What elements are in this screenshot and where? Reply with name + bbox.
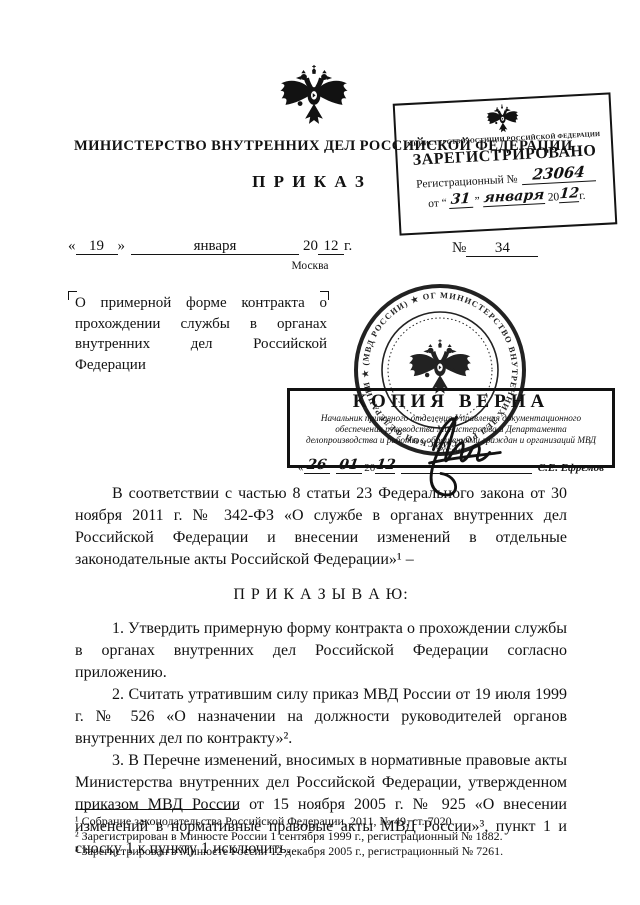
order-date-line: « 19 » января 20 12 г. xyxy=(68,238,352,255)
command-word: П Р И К А З Ы В А Ю: xyxy=(75,584,567,606)
reg-number-label: Регистрационный № xyxy=(416,173,518,190)
city-label: Москва xyxy=(250,260,370,272)
order-number: № 34 xyxy=(452,240,538,257)
footnotes: ¹ Собрание законодательства Российской Ф… xyxy=(75,814,585,859)
handwritten-signature xyxy=(398,400,528,505)
number-label: № xyxy=(452,240,466,257)
order-subject: О примерной форме контракта о прохождени… xyxy=(75,293,327,375)
order-body: В соответствии с частью 8 статьи 23 Феде… xyxy=(75,483,567,860)
stamp-date-from: от xyxy=(428,198,439,211)
state-emblem-eagle-icon xyxy=(276,56,352,136)
stamp-eagle-icon xyxy=(484,102,522,136)
signer-name: С.Е. Ефремов xyxy=(538,462,604,474)
date-open-quote: « xyxy=(68,238,76,255)
stamp-date-year: 12 xyxy=(559,186,580,201)
order-item-2: 2. Считать утратившим силу приказ МВД Ро… xyxy=(75,684,567,750)
stamp-close-quote: ” xyxy=(474,195,480,207)
footnote-2: ² Зарегистрирован в Минюсте России 1 сен… xyxy=(75,829,585,844)
date-century: 20 xyxy=(303,238,318,255)
stamp-date-era: г. xyxy=(579,190,586,202)
date-era: г. xyxy=(344,238,352,255)
document-page: МИНИСТЕРСТВО ВНУТРЕННИХ ДЕЛ РОССИЙСКОЙ Ф… xyxy=(0,0,640,905)
copy-date-century: 20 xyxy=(364,462,375,474)
footnote-3: ³ Зарегистрирован в Минюсте России 12 де… xyxy=(75,844,585,859)
copy-date-month: 01 xyxy=(338,458,359,472)
registration-stamp: МИНИСТЕРСТВО ЮСТИЦИИ РОССИЙСКОЙ ФЕДЕРАЦИ… xyxy=(393,92,618,235)
date-day: 19 xyxy=(76,239,118,255)
number-value: 34 xyxy=(466,241,538,257)
footnote-separator xyxy=(75,809,238,810)
order-item-1: 1. Утвердить примерную форму контракта о… xyxy=(75,618,567,684)
footnote-1: ¹ Собрание законодательства Российской Ф… xyxy=(75,814,585,829)
copy-date-day: 26 xyxy=(306,458,327,472)
date-close-quote: » xyxy=(118,238,126,255)
stamp-date-row: от “31”января2012г. xyxy=(428,186,586,210)
stamp-open-quote: “ xyxy=(441,197,447,209)
date-month: января xyxy=(131,239,299,255)
stamp-date-day: 31 xyxy=(450,192,471,207)
stamp-date-month: января xyxy=(483,188,545,205)
copy-date-year: 12 xyxy=(375,458,396,472)
reg-number-value: 23064 xyxy=(532,165,585,183)
stamp-date-century: 20 xyxy=(547,191,559,204)
date-year: 12 xyxy=(318,239,344,255)
